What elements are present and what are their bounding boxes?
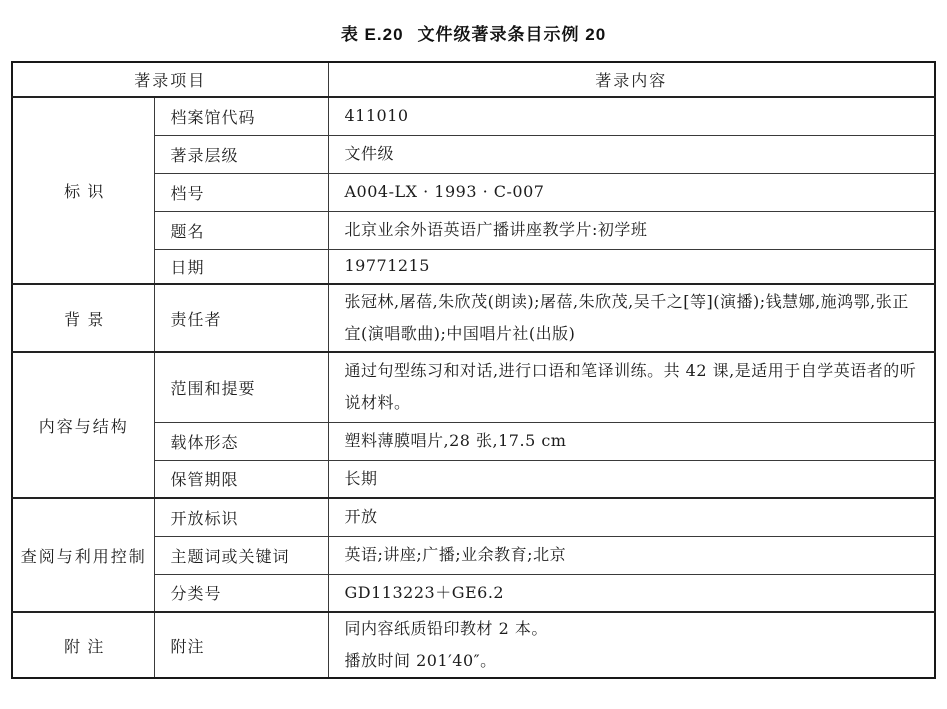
table-row: 背景 责任者 张冠林,屠蓓,朱欣茂(朗读);屠蓓,朱欣茂,吴千之[等](演播);… (12, 284, 935, 352)
column-header-items: 著录项目 (12, 62, 328, 97)
table-row: 内容与结构 范围和提要 通过句型练习和对话,进行口语和笔译训练。共 42 课,是… (12, 352, 935, 422)
column-header-content: 著录内容 (328, 62, 935, 97)
row-label: 责任者 (155, 284, 328, 352)
table-row: 标识 档案馆代码 411010 (12, 97, 935, 135)
row-label: 保管期限 (155, 460, 328, 498)
row-label: 档号 (155, 173, 328, 211)
row-value: 文件级 (328, 135, 935, 173)
row-value: 张冠林,屠蓓,朱欣茂(朗读);屠蓓,朱欣茂,吴千之[等](演播);钱慧娜,施鸿鄂… (328, 284, 935, 352)
group-cell-access-control: 查阅与利用控制 (12, 498, 155, 612)
document-page: { "page": { "title_label": "表 E.20", "ti… (0, 20, 947, 709)
table-row: 查阅与利用控制 开放标识 开放 (12, 498, 935, 536)
group-label: 标识 (57, 182, 111, 201)
table-header-row: 著录项目 著录内容 (12, 62, 935, 97)
row-value: 19771215 (328, 249, 935, 284)
row-value: 英语;讲座;广播;业余教育;北京 (328, 536, 935, 574)
row-label: 开放标识 (155, 498, 328, 536)
row-value: A004-LX · 1993 · C-007 (328, 173, 935, 211)
row-value: 长期 (328, 460, 935, 498)
table-title-text: 文件级著录条目示例 20 (418, 25, 607, 44)
row-value: 通过句型练习和对话,进行口语和笔译训练。共 42 课,是适用于自学英语者的听说材… (328, 352, 935, 422)
page-title: 表 E.20文件级著录条目示例 20 (0, 20, 947, 45)
row-value: 411010 (328, 97, 935, 135)
table-number-label: 表 E.20 (341, 25, 404, 44)
row-label: 主题词或关键词 (155, 536, 328, 574)
group-cell-background: 背景 (12, 284, 155, 352)
description-entry-table: 著录项目 著录内容 标识 档案馆代码 411010 著录层级 文件级 档号 A0… (11, 61, 936, 679)
table-row: 附注 附注 同内容纸质铅印教材 2 本。 播放时间 201′40″。 (12, 612, 935, 678)
note-line: 同内容纸质铅印教材 2 本。 (345, 613, 923, 645)
group-cell-content-structure: 内容与结构 (12, 352, 155, 498)
row-label: 范围和提要 (155, 352, 328, 422)
row-value: 北京业余外语英语广播讲座教学片:初学班 (328, 211, 935, 249)
row-value: 开放 (328, 498, 935, 536)
row-label: 日期 (155, 249, 328, 284)
group-label: 附注 (57, 637, 111, 656)
row-label: 载体形态 (155, 422, 328, 460)
group-label: 背景 (57, 310, 111, 329)
row-value: 同内容纸质铅印教材 2 本。 播放时间 201′40″。 (328, 612, 935, 678)
row-label: 著录层级 (155, 135, 328, 173)
row-label: 档案馆代码 (155, 97, 328, 135)
group-cell-notes: 附注 (12, 612, 155, 678)
row-label: 题名 (155, 211, 328, 249)
row-value: 塑料薄膜唱片,28 张,17.5 cm (328, 422, 935, 460)
row-label: 分类号 (155, 574, 328, 612)
row-value: GD113223＋GE6.2 (328, 574, 935, 612)
note-line: 播放时间 201′40″。 (345, 645, 923, 677)
group-cell-identification: 标识 (12, 97, 155, 284)
row-label: 附注 (155, 612, 328, 678)
